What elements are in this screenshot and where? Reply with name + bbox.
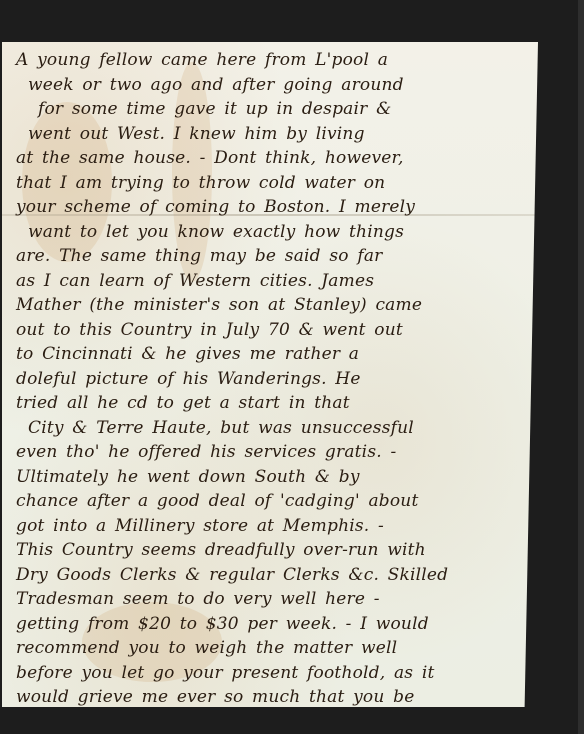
text-line: before you let go your present foothold,… (16, 661, 522, 686)
text-line: Tradesman seem to do very well here - (16, 587, 522, 612)
text-line: got into a Millinery store at Memphis. - (16, 514, 522, 539)
text-line: Dry Goods Clerks & regular Clerks &c. Sk… (16, 563, 522, 588)
text-line: out to this Country in July 70 & went ou… (16, 318, 522, 343)
text-line: want to let you know exactly how things (16, 220, 522, 245)
text-line: that I am trying to throw cold water on (16, 171, 522, 196)
text-line: even tho' he offered his services gratis… (16, 440, 522, 465)
text-line: This Country seems dreadfully over-run w… (16, 538, 522, 563)
text-line: are. The same thing may be said so far (16, 244, 522, 269)
text-line: to Cincinnati & he gives me rather a (16, 342, 522, 367)
text-line: would grieve me ever so much that you be (16, 685, 522, 710)
text-line: Mather (the minister's son at Stanley) c… (16, 293, 522, 318)
text-line: for some time gave it up in despair & (16, 97, 522, 122)
text-line: chance after a good deal of 'cadging' ab… (16, 489, 522, 514)
text-line: getting from $20 to $30 per week. - I wo… (16, 612, 522, 637)
text-line: doleful picture of his Wanderings. He (16, 367, 522, 392)
text-line: at the same house. - Dont think, however… (16, 146, 522, 171)
text-line: recommend you to weigh the matter well (16, 636, 522, 661)
text-line: Ultimately he went down South & by (16, 465, 522, 490)
text-line: tried all he cd to get a start in that (16, 391, 522, 416)
text-line: A young fellow came here from L'pool a (16, 48, 522, 73)
letter-page: A young fellow came here from L'pool a w… (2, 42, 538, 707)
text-line: your scheme of coming to Boston. I merel… (16, 195, 522, 220)
handwritten-text: A young fellow came here from L'pool a w… (16, 48, 522, 710)
text-line: went out West. I knew him by living (16, 122, 522, 147)
text-line: week or two ago and after going around (16, 73, 522, 98)
text-line: as I can learn of Western cities. James (16, 269, 522, 294)
scan-background-strip (578, 0, 584, 734)
text-line: City & Terre Haute, but was unsuccessful (16, 416, 522, 441)
